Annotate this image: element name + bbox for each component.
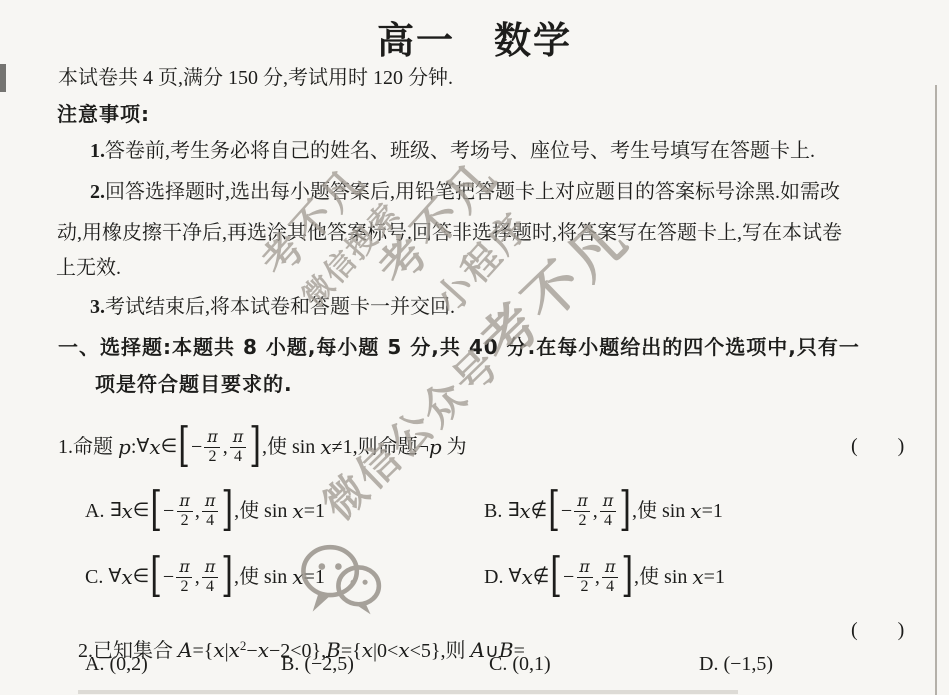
exists-symbol: ∃ [507,499,519,523]
comma: , [223,435,228,460]
option-label: A. [85,653,109,675]
q1-var-x: x [320,435,331,460]
var-x: x [121,499,132,524]
option-label: D. [484,565,508,590]
not-element-of-symbol: ∉ [533,565,550,589]
option-label: A. [85,499,109,524]
set-A: A [178,638,192,662]
option-text: ,使 sin [234,499,292,524]
minus-sign: − [246,640,257,662]
var-x: x [213,638,224,662]
minus-sign: − [191,435,202,460]
interval-neg-pi-half-pi-quarter: [−π2,π4] [177,428,262,466]
q2-option-b: B. (−2,5) [281,652,354,677]
q1-option-a: A. ∃x∈[−π2,π4],使 sin x=1 [85,486,325,536]
notice-heading: 注意事项: [57,102,150,127]
q1-option-b: B. ∃x∉[−π2,π4],使 sin x=1 [484,486,723,536]
cutoff-next-line [78,690,738,694]
forall-symbol: ∀ [108,565,121,589]
not-element-of-symbol: ∉ [531,499,548,523]
var-x: x [692,565,703,590]
var-x: x [292,499,303,524]
option-text: =1 [704,565,725,590]
item-text: 考试结束后,将本试卷和答题卡一并交回. [105,296,455,318]
option-label: C. [85,565,108,590]
option-label: C. [489,653,512,675]
exam-page: 考不凡 微信搜索 考不凡 小程序 微信公众号考不凡 高一 数学 本试卷共 4 页… [0,0,949,695]
var-x: x [519,499,530,524]
option-text: ,使 sin [234,565,292,590]
item-number: 1. [90,140,105,162]
option-text: =1 [304,499,325,524]
page-title: 高一 数学 [0,10,949,64]
option-value: (−2,5) [304,653,354,675]
q1-text: 1.命题 [58,435,118,460]
q1-var-p: p [429,435,442,460]
var-x: x [258,638,269,662]
item-number: 3. [90,296,105,318]
q2-option-a: A. (0,2) [85,652,148,677]
option-text: =1 [702,499,723,524]
option-text: ,使 sin [632,499,690,524]
element-of-symbol: ∈ [161,435,178,459]
item-text: 回答选择题时,选出每小题答案后,用铅笔把答题卡上对应题目的答案标号涂黑.如需改 [105,181,840,203]
exists-symbol: ∃ [109,499,121,523]
forall-symbol: ∀ [508,565,521,589]
right-bracket: ] [249,424,261,471]
option-value: (0,2) [109,653,147,675]
right-edge-rule [935,85,937,695]
section-1-heading-line-2: 项是符合题目要求的. [95,372,293,397]
element-of-symbol: ∈ [133,499,150,523]
q1-text: 为 [442,435,467,460]
var-x: x [229,638,240,662]
exam-meta-line: 本试卷共 4 页,满分 150 分,考试用时 120 分钟. [58,66,453,91]
notice-item-3: 3.考试结束后,将本试卷和答题卡一并交回. [90,295,455,320]
fraction-pi-over-4: π4 [229,428,248,466]
wechat-logo-icon [297,538,389,630]
left-bracket: [ [178,424,190,471]
q2-option-c: C. (0,1) [489,652,551,677]
var-x: x [362,638,373,662]
set-A: A [471,638,485,662]
q1-text: ,使 sin [262,435,320,460]
option-label: B. [281,653,304,675]
q1-answer-parentheses: ( ) [851,429,904,458]
q1-option-c: C. ∀x∈[−π2,π4],使 sin x=1 [85,552,325,602]
q1-var-x: x [149,435,160,460]
interval-neg-pi-half-pi-quarter: [−π2,π4] [149,492,234,530]
exponent-2: 2 [240,638,247,653]
q2-text: <5},则 [410,640,471,662]
q1-var-p: p [118,435,131,460]
interval-neg-pi-half-pi-quarter: [−π2,π4] [149,558,234,596]
q2-text: ={ [192,640,213,662]
q2-option-d: D. (−1,5) [699,652,773,677]
option-value: (0,1) [512,653,550,675]
var-x: x [690,499,701,524]
q1-option-d: D. ∀x∉[−π2,π4],使 sin x=1 [484,552,725,602]
option-value: (−1,5) [723,653,773,675]
forall-symbol: ∀ [136,435,149,459]
question-1-stem: 1.命题 p:∀x∈[−π2,π4],使 sin x≠1,则命题¬p 为 [58,421,467,473]
q2-text: |0< [373,640,398,662]
notice-item-2-line-3: 上无效. [56,256,121,281]
var-x: x [121,565,132,590]
notice-item-2-line-2: 动,用橡皮擦干净后,再选涂其他答案标号.回答非选择题时,将答案写在答题卡上,写在… [57,221,842,246]
element-of-symbol: ∈ [133,565,150,589]
q1-text: ≠1,则命题¬ [332,435,429,460]
var-x: x [398,638,409,662]
option-label: B. [484,499,507,524]
interval-neg-pi-half-pi-quarter: [−π2,π4] [547,492,632,530]
question-2-stem: 2.已知集合 A={x|x2−x−2<0},B={x|0<x<5},则 A∪B= [58,613,525,689]
fraction-pi-over-2: π2 [203,428,222,466]
scan-artifact-smudge [0,64,6,92]
var-x: x [521,565,532,590]
section-1-heading-line-1: 一、选择题:本题共 8 小题,每小题 5 分,共 40 分.在每小题给出的四个选… [58,335,860,360]
watermark-official-account: 微信公众号考不凡 [297,196,643,534]
interval-neg-pi-half-pi-quarter: [−π2,π4] [549,558,634,596]
notice-item-1: 1.答卷前,考生务必将自己的姓名、班级、考场号、座位号、考生号填写在答题卡上. [90,139,815,164]
item-number: 2. [90,181,105,203]
option-label: D. [699,653,723,675]
item-text: 答卷前,考生务必将自己的姓名、班级、考场号、座位号、考生号填写在答题卡上. [105,140,815,162]
notice-item-2-line-1: 2.回答选择题时,选出每小题答案后,用铅笔把答题卡上对应题目的答案标号涂黑.如需… [90,180,840,205]
option-text: ,使 sin [634,565,692,590]
q2-answer-parentheses: ( ) [851,613,904,642]
